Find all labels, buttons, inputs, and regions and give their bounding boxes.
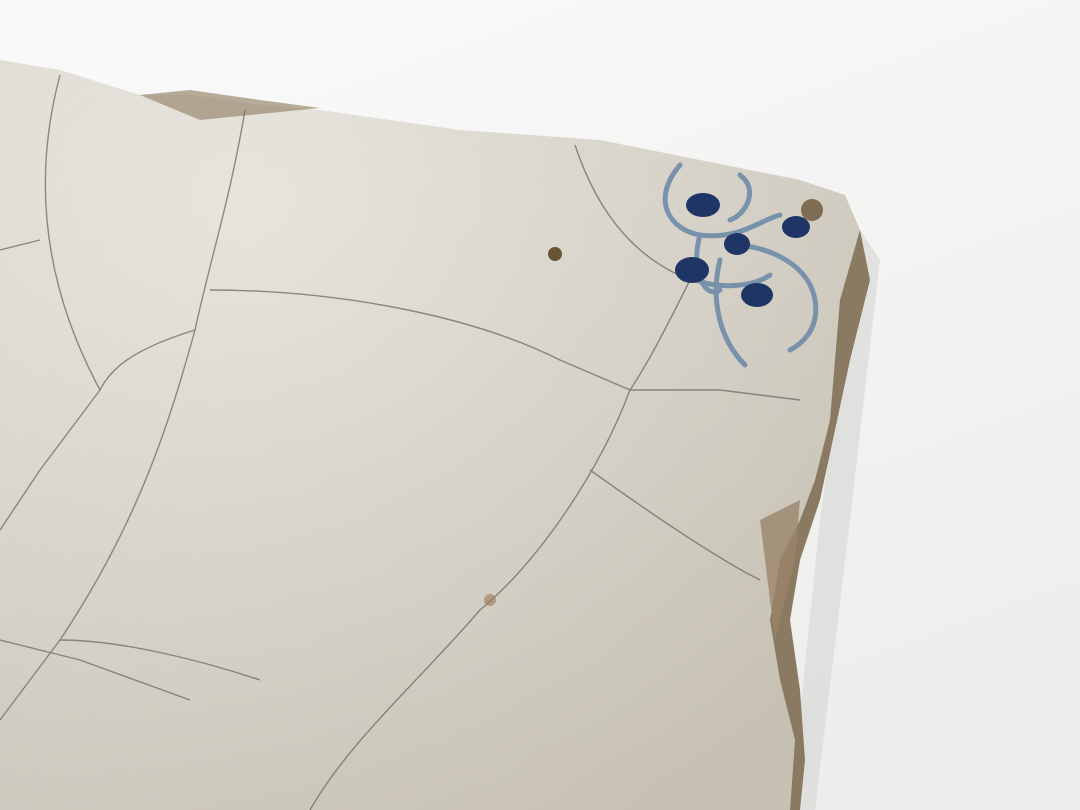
photo-scene: Corner fragment of a crackled white-glaz… bbox=[0, 0, 1080, 810]
tile-photo bbox=[0, 0, 1080, 810]
rust-spot bbox=[484, 594, 496, 606]
rust-spot bbox=[548, 247, 562, 261]
rust-spot bbox=[801, 199, 823, 221]
